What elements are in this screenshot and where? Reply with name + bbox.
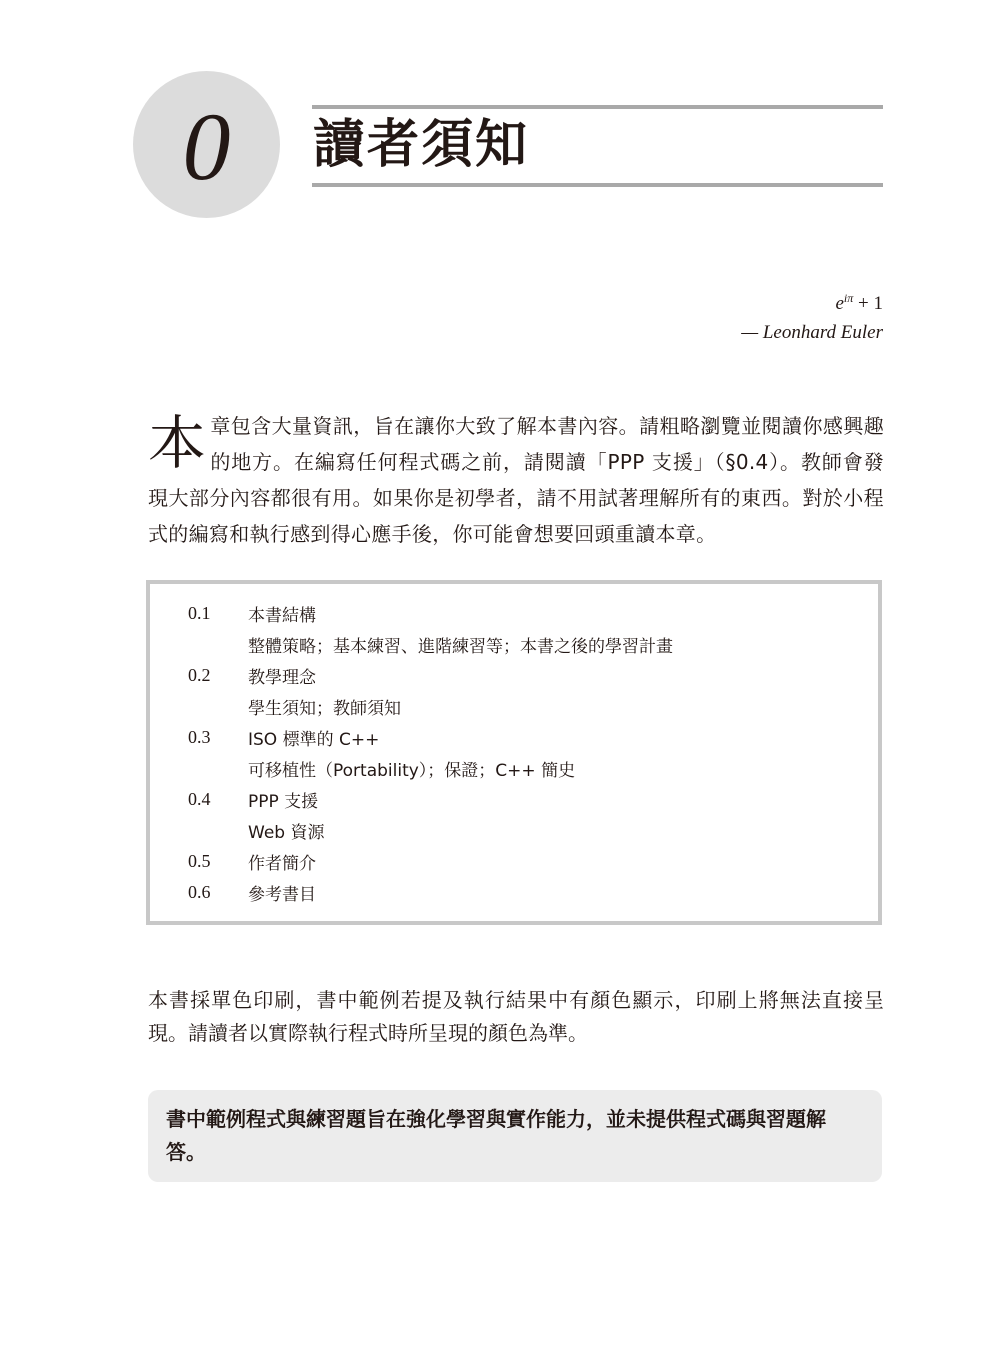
title-rule-top [312, 105, 883, 109]
toc-number: 0.5 [188, 851, 248, 872]
toc-label: 整體策略；基本練習、進階練習等；本書之後的學習計畫 [248, 632, 673, 657]
formula-base: e [835, 293, 843, 314]
toc-label: 可移植性（Portability）；保證；C++ 簡史 [248, 756, 575, 781]
toc-label: 參考書目 [248, 880, 316, 905]
toc-subtopics: 可移植性（Portability）；保證；C++ 簡史 [188, 753, 878, 784]
drop-cap: 本 [148, 414, 206, 472]
epigraph-formula: eiπ + 1 [741, 284, 883, 318]
title-rule-bottom [312, 183, 883, 187]
toc-number: 0.6 [188, 882, 248, 903]
callout-text: 書中範例程式與練習題旨在強化學習與實作能力，並未提供程式碼與習題解答。 [166, 1107, 826, 1164]
toc-label: 本書結構 [248, 601, 316, 626]
callout-box: 書中範例程式與練習題旨在強化學習與實作能力，並未提供程式碼與習題解答。 [148, 1090, 882, 1182]
toc-section: 0.1本書結構 [188, 598, 878, 629]
toc-label: 學生須知；教師須知 [248, 694, 401, 719]
toc-label: ISO 標準的 C++ [248, 725, 379, 750]
intro-paragraph: 本章包含大量資訊，旨在讓你大致了解本書內容。請粗略瀏覽並閱讀你感興趣的地方。在編… [148, 408, 884, 552]
formula-exponent: iπ [844, 291, 853, 305]
toc-subtopics: 整體策略；基本練習、進階練習等；本書之後的學習計畫 [188, 629, 878, 660]
toc-number: 0.4 [188, 789, 248, 810]
toc-section: 0.5作者簡介 [188, 846, 878, 877]
toc-number: 0.1 [188, 603, 248, 624]
chapter-number-badge: 0 [133, 71, 280, 218]
toc-section: 0.6參考書目 [188, 877, 878, 908]
toc-label: Web 資源 [248, 818, 324, 843]
toc-subtopics: 學生須知；教師須知 [188, 691, 878, 722]
chapter-number: 0 [183, 99, 231, 195]
toc-number: 0.2 [188, 665, 248, 686]
toc-label: 作者簡介 [248, 849, 316, 874]
toc-label: 教學理念 [248, 663, 316, 688]
chapter-title: 讀者須知 [313, 114, 529, 176]
toc-section: 0.3ISO 標準的 C++ [188, 722, 878, 753]
toc-section: 0.4PPP 支援 [188, 784, 878, 815]
chapter-contents-box: 0.1本書結構整體策略；基本練習、進階練習等；本書之後的學習計畫0.2教學理念學… [146, 580, 882, 925]
epigraph: eiπ + 1 — Leonhard Euler [741, 284, 883, 347]
toc-label: PPP 支援 [248, 787, 318, 812]
toc-subtopics: Web 資源 [188, 815, 878, 846]
epigraph-attribution: — Leonhard Euler [741, 318, 883, 347]
printing-note: 本書採單色印刷，書中範例若提及執行結果中有顏色顯示，印刷上將無法直接呈現。請讀者… [148, 984, 884, 1050]
toc-number: 0.3 [188, 727, 248, 748]
intro-text: 章包含大量資訊，旨在讓你大致了解本書內容。請粗略瀏覽並閱讀你感興趣的地方。在編寫… [148, 414, 884, 546]
toc-section: 0.2教學理念 [188, 660, 878, 691]
formula-rest: + 1 [853, 293, 883, 314]
